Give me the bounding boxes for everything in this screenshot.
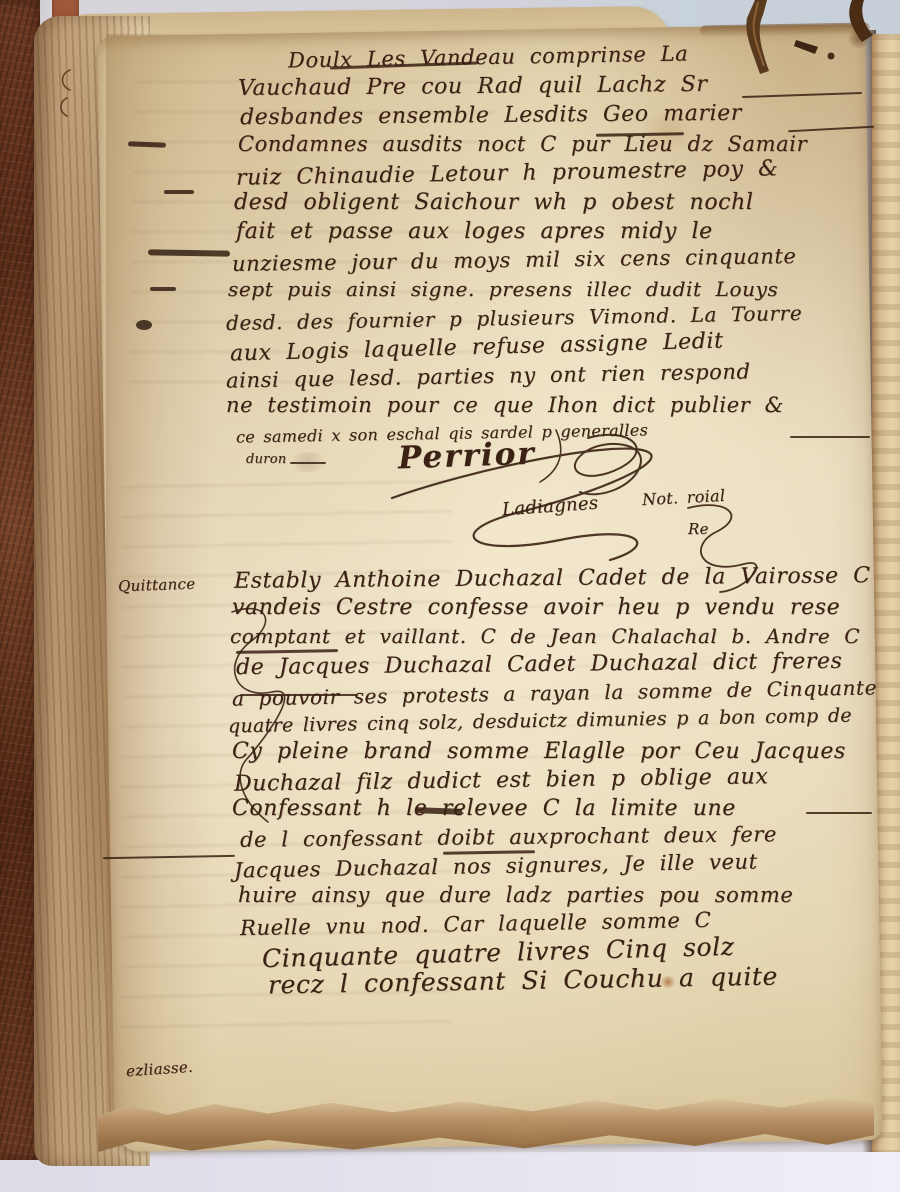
manuscript-line: desbandes ensemble Lesdits Geo marier [240, 101, 742, 130]
manuscript-photo: Doulx Les Vandeau comprinse La Vauchaud … [0, 0, 900, 1192]
manuscript-line: Vauchaud Pre cou Rad quil Lachz Sr [238, 72, 708, 101]
notary-mark: Re [688, 520, 709, 538]
ink-end-dash [290, 462, 326, 464]
bottom-stain [460, 1112, 590, 1144]
manuscript-line: vandeis Cestre confesse avoir heu p vend… [232, 595, 840, 620]
manuscript-line: huire ainsy que dure ladz parties pou so… [238, 883, 793, 907]
ink-smear [150, 287, 176, 291]
ink-smear [164, 190, 194, 194]
manuscript-line: fait et passe aux loges apres midy le [236, 219, 713, 244]
manuscript-line: comptant et vaillant. C de Jean Chalacha… [230, 624, 860, 648]
manuscript-line: ne testimoin pour ce que Ihon dict publi… [226, 393, 784, 417]
margin-side-note: duron [246, 452, 287, 467]
margin-note-quittance: Quittance [118, 575, 196, 596]
ink-blot [136, 320, 152, 330]
ink-end-dash [790, 436, 870, 438]
manuscript-line: desd obligent Saichour wh p obest nochl [234, 190, 754, 215]
manuscript-line: Condamnes ausdits noct C pur Lieu dz Sam… [238, 132, 807, 156]
ink-underline [240, 694, 358, 696]
corner-stain [846, 28, 872, 48]
signature-name: Perrior [397, 436, 536, 477]
manuscript-line: sept puis ainsi signe. presens illec dud… [228, 277, 778, 301]
manuscript-line: Confessant h le relevee C la limite une [232, 796, 736, 821]
ink-end-dash [806, 812, 872, 814]
manuscript-line: Cy pleine brand somme Elaglle por Ceu Ja… [232, 739, 846, 764]
